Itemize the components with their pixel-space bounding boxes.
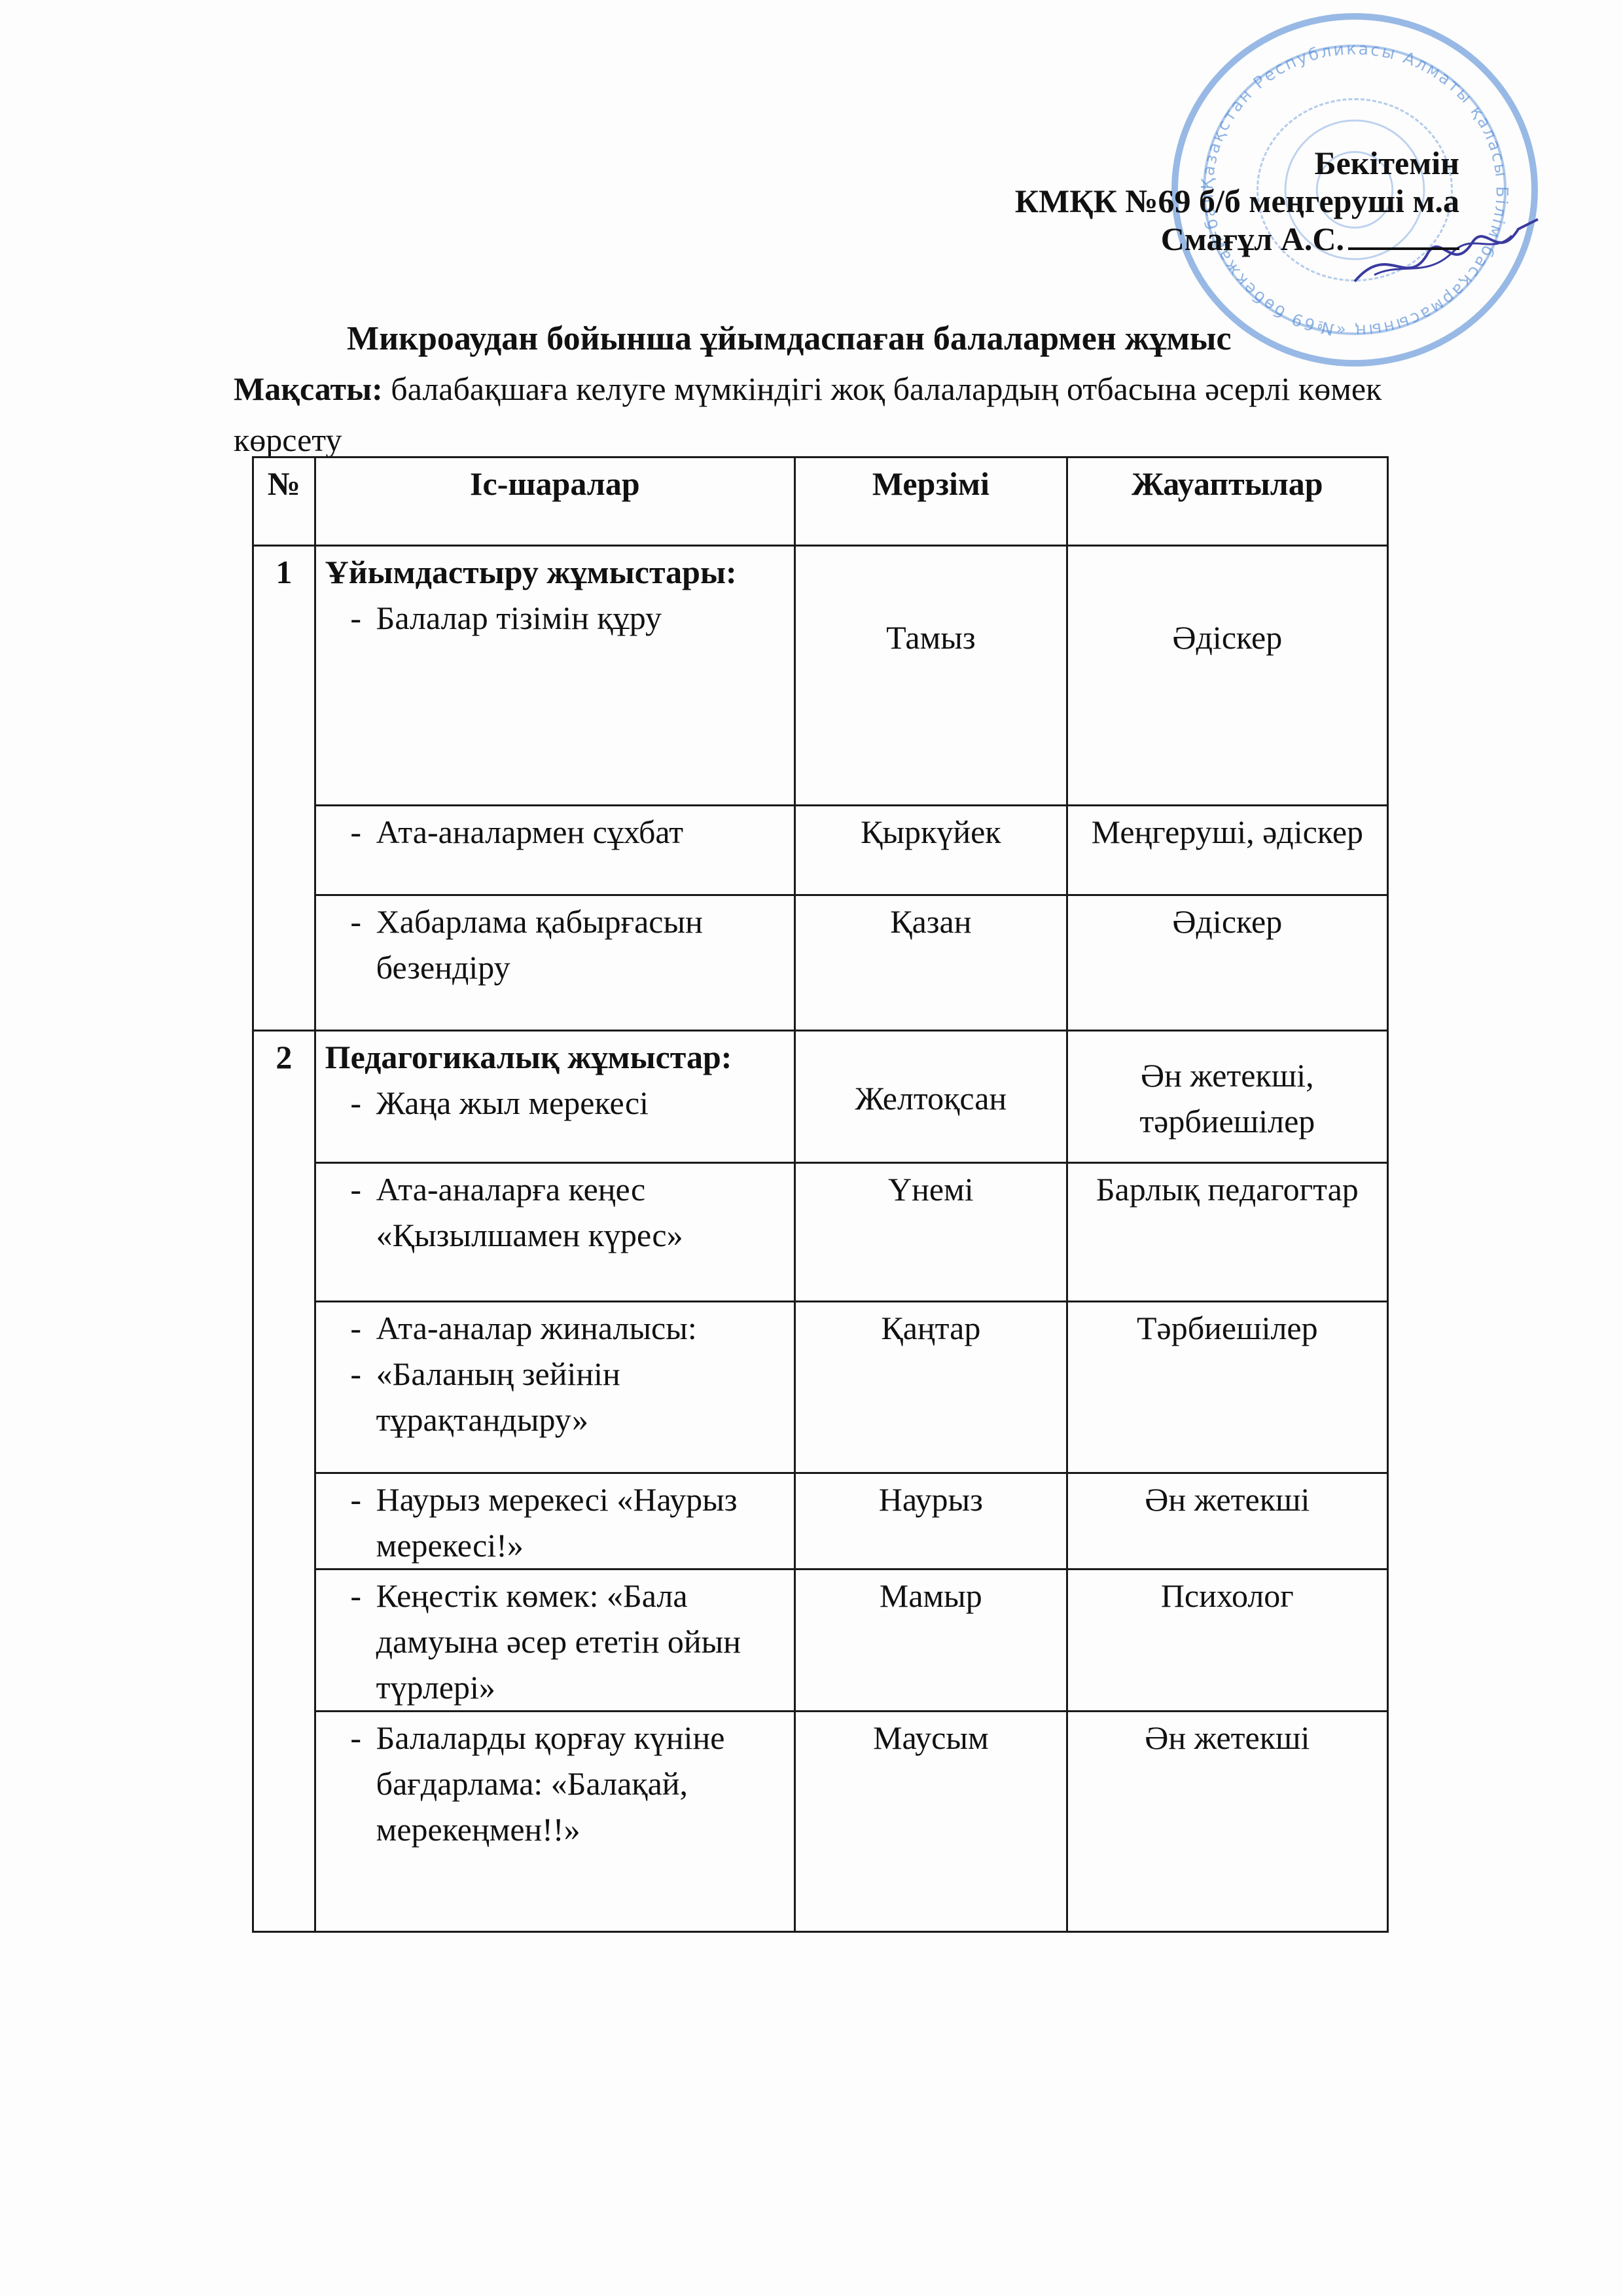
- term-cell: Маусым: [795, 1712, 1067, 1932]
- bullet-icon: -: [323, 1715, 376, 1852]
- term-cell: Тамыз: [795, 546, 1067, 806]
- table-row: -Наурыз мерекесі «Наурыз мерекесі!» Наур…: [253, 1473, 1388, 1570]
- header-term: Мерзімі: [795, 457, 1067, 546]
- bullet-icon: -: [323, 1305, 376, 1351]
- activity-text: Жаңа жыл мерекесі: [376, 1080, 787, 1126]
- responsible-cell: Психолог: [1067, 1570, 1387, 1712]
- term-cell: Мамыр: [795, 1570, 1067, 1712]
- signature-line: [1348, 221, 1459, 250]
- goal-statement: Мақсаты: балабақшаға келуге мүмкіндігі ж…: [234, 363, 1399, 465]
- section-title: Педагогикалық жұмыстар:: [323, 1034, 787, 1080]
- activity-text: Ата-аналар жиналысы:: [376, 1305, 787, 1351]
- responsible-cell: Ән жетекші, тәрбиешілер: [1067, 1031, 1387, 1163]
- header-responsible: Жауаптылар: [1067, 457, 1387, 546]
- activity-text: Балалар тізімін құру: [376, 595, 787, 641]
- term-cell: Қаңтар: [795, 1302, 1067, 1473]
- table-row: -Кеңестік көмек: «Бала дамуына әсер етет…: [253, 1570, 1388, 1712]
- activity-text: «Баланың зейінін тұрақтандыру»: [376, 1351, 787, 1443]
- responsible-cell: Барлық педагогтар: [1067, 1163, 1387, 1302]
- activity-text: Кеңестік көмек: «Бала дамуына әсер ететі…: [376, 1573, 787, 1710]
- header-activities: Іс-шаралар: [315, 457, 794, 546]
- table-row: -Хабарлама қабырғасын безендіру Қазан Әд…: [253, 895, 1388, 1031]
- approval-position: КМҚК №69 б/б меңгеруші м.а: [1015, 182, 1459, 220]
- term-cell: Қыркүйек: [795, 806, 1067, 895]
- section-number: 2: [253, 1031, 315, 1932]
- activity-text: Балаларды қорғау күніне бағдарлама: «Бал…: [376, 1715, 787, 1852]
- responsible-cell: Меңгеруші, әдіскер: [1067, 806, 1387, 895]
- responsible-cell: Әдіскер: [1067, 546, 1387, 806]
- table-row: 2 Педагогикалық жұмыстар: -Жаңа жыл мере…: [253, 1031, 1388, 1163]
- table-header-row: № Іс-шаралар Мерзімі Жауаптылар: [253, 457, 1388, 546]
- responsible-cell: Тәрбиешілер: [1067, 1302, 1387, 1473]
- term-cell: Үнемі: [795, 1163, 1067, 1302]
- bullet-icon: -: [323, 1573, 376, 1710]
- table-row: -Ата-аналармен сұхбат Қыркүйек Меңгеруші…: [253, 806, 1388, 895]
- bullet-icon: -: [323, 809, 376, 855]
- plan-table: № Іс-шаралар Мерзімі Жауаптылар 1 Ұйымда…: [252, 456, 1389, 1933]
- activity-text: Наурыз мерекесі «Наурыз мерекесі!»: [376, 1477, 787, 1568]
- page-title: Микроаудан бойынша ұйымдаспаған балаларм…: [347, 319, 1232, 358]
- bullet-icon: -: [323, 1166, 376, 1258]
- approval-name: Смағұл А.С.: [1161, 221, 1344, 257]
- term-cell: Наурыз: [795, 1473, 1067, 1570]
- table-row: 1 Ұйымдастыру жұмыстары: -Балалар тізімі…: [253, 546, 1388, 806]
- bullet-icon: -: [323, 595, 376, 641]
- responsible-cell: Ән жетекші: [1067, 1473, 1387, 1570]
- term-cell: Қазан: [795, 895, 1067, 1031]
- section-number: 1: [253, 546, 315, 1031]
- table-row: -Ата-аналар жиналысы: -«Баланың зейінін …: [253, 1302, 1388, 1473]
- activity-text: Ата-аналарға кеңес «Қызылшамен күрес»: [376, 1166, 787, 1258]
- activity-text: Ата-аналармен сұхбат: [376, 809, 787, 855]
- bullet-icon: -: [323, 1080, 376, 1126]
- activity-text: Хабарлама қабырғасын безендіру: [376, 899, 787, 990]
- approval-heading: Бекітемін: [1015, 144, 1459, 182]
- bullet-icon: -: [323, 1477, 376, 1568]
- goal-text: балабақшаға келуге мүмкіндігі жоқ балала…: [234, 370, 1382, 458]
- term-cell: Желтоқсан: [795, 1031, 1067, 1163]
- responsible-cell: Әдіскер: [1067, 895, 1387, 1031]
- table-row: -Балаларды қорғау күніне бағдарлама: «Ба…: [253, 1712, 1388, 1932]
- approval-block: Бекітемін КМҚК №69 б/б меңгеруші м.а Сма…: [1015, 144, 1459, 258]
- bullet-icon: -: [323, 1351, 376, 1443]
- bullet-icon: -: [323, 899, 376, 990]
- goal-label: Мақсаты:: [234, 370, 383, 407]
- responsible-cell: Ән жетекші: [1067, 1712, 1387, 1932]
- section-title: Ұйымдастыру жұмыстары:: [323, 549, 787, 595]
- table-row: -Ата-аналарға кеңес «Қызылшамен күрес» Ү…: [253, 1163, 1388, 1302]
- header-number: №: [253, 457, 315, 546]
